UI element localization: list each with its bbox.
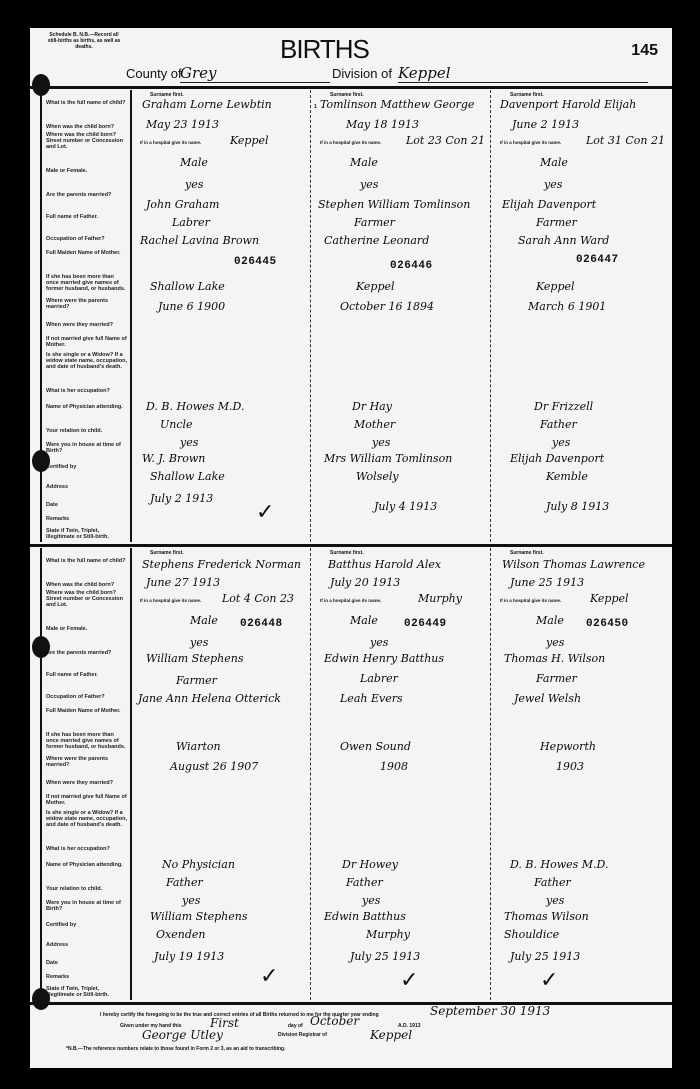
day-of-label: day of: [288, 1023, 303, 1029]
born-place: Lot 4 Con 23: [222, 592, 294, 605]
address: Shouldice: [504, 928, 559, 941]
parents-married: yes: [185, 178, 203, 191]
parents-married: yes: [370, 636, 388, 649]
label-remarks: Remarks: [46, 974, 128, 980]
checkmark-icon: ✓: [256, 500, 274, 525]
sex: Male: [350, 156, 378, 169]
certified-by: William Stephens: [150, 910, 248, 923]
label-born-place: Where was the child born? Street number …: [46, 132, 128, 150]
field-labels-column: What is the full name of child? When was…: [40, 90, 132, 542]
label-unmarried-mother: If not married give full Name of Mother.: [46, 794, 128, 806]
column-heading: Surname first.: [510, 550, 544, 556]
label-unmarried-mother: If not married give full Name of Mother.: [46, 336, 128, 348]
registrar-signature: George Utley: [142, 1028, 223, 1042]
records-block-bottom: What is the full name of child? When was…: [30, 548, 672, 1000]
married-date: 1908: [380, 760, 408, 773]
born-place: Keppel: [230, 134, 269, 147]
father-name: Thomas H. Wilson: [504, 652, 605, 665]
mother-maiden-name: Jewel Welsh: [514, 692, 581, 705]
father-name: Elijah Davenport: [502, 198, 596, 211]
label-sex: Male or Female.: [46, 168, 128, 174]
label-certified-by: Certified by: [46, 464, 128, 470]
registrar-division: Keppel: [370, 1028, 412, 1042]
label-date: Date: [46, 960, 128, 966]
registration-number: 026447: [576, 254, 619, 266]
label-born-date: When was the child born?: [46, 582, 128, 588]
born-date: May 23 1913: [146, 118, 219, 131]
married-date: 1903: [556, 760, 584, 773]
relation-to-child: Father: [346, 876, 383, 889]
father-occupation: Labrer: [360, 672, 398, 685]
child-name: Wilson Thomas Lawrence: [502, 558, 645, 571]
registrar-label: Division Registrar of: [278, 1032, 327, 1038]
born-place: Lot 31 Con 21: [586, 134, 665, 147]
father-occupation: Farmer: [176, 674, 217, 687]
label-married-date: When were they married?: [46, 780, 128, 786]
born-date: July 20 1913: [330, 576, 400, 589]
father-name: John Graham: [146, 198, 219, 211]
label-twin-status: State if Twin, Triplet, Illegitimate or …: [46, 986, 128, 998]
married-place: Owen Sound: [340, 740, 411, 753]
father-name: William Stephens: [146, 652, 244, 665]
sex: Male: [536, 614, 564, 627]
father-occupation: Labrer: [172, 216, 210, 229]
county-value: Grey: [180, 64, 330, 83]
binder-hole: [32, 636, 50, 658]
label-sex: Male or Female.: [46, 626, 128, 632]
born-date: June 2 1913: [512, 118, 579, 131]
in-house: yes: [182, 894, 200, 907]
hospital-prompt: If in a hospital give its name.: [320, 140, 381, 145]
address: Kemble: [546, 470, 588, 483]
registration-number: 026448: [240, 618, 283, 630]
label-address: Address: [46, 484, 128, 490]
parents-married: yes: [544, 178, 562, 191]
hospital-prompt: If in a hospital give its name.: [500, 598, 561, 603]
mother-maiden-name: Jane Ann Helena Otterick: [138, 692, 281, 705]
father-name: Edwin Henry Batthus: [324, 652, 444, 665]
physician: No Physician: [162, 858, 235, 871]
registration-number: 026449: [404, 618, 447, 630]
child-name: Tomlinson Matthew George: [320, 98, 474, 111]
label-married-place: Where were the parents married?: [46, 298, 128, 310]
record-entry: Surname first. Wilson Thomas Lawrence Ju…: [490, 548, 672, 1000]
parents-married: yes: [190, 636, 208, 649]
address: Oxenden: [156, 928, 205, 941]
label-mother-occupation: What is her occupation?: [46, 388, 128, 394]
married-date: March 6 1901: [528, 300, 606, 313]
certification-date: July 8 1913: [546, 500, 609, 513]
mother-maiden-name: Sarah Ann Ward: [518, 234, 609, 247]
hospital-prompt: If in a hospital give its name.: [320, 598, 381, 603]
born-date: May 18 1913: [346, 118, 419, 131]
binder-hole: [32, 988, 50, 1010]
father-occupation: Farmer: [536, 672, 577, 685]
address: Murphy: [366, 928, 410, 941]
checkmark-icon: ✓: [540, 968, 558, 993]
county-label: County of: [126, 66, 182, 81]
hospital-prompt: If in a hospital give its name.: [140, 598, 201, 603]
in-house: yes: [180, 436, 198, 449]
record-entry: Surname first. 1 Tomlinson Matthew Georg…: [310, 90, 491, 542]
married-date: June 6 1900: [158, 300, 225, 313]
label-married-date: When were they married?: [46, 322, 128, 328]
married-place: Keppel: [536, 280, 575, 293]
certified-by: W. J. Brown: [142, 452, 205, 465]
child-name: Stephens Frederick Norman: [142, 558, 301, 571]
label-mother-occupation: What is her occupation?: [46, 846, 128, 852]
label-in-house: Were you in house at time of Birth?: [46, 900, 128, 912]
mother-maiden-name: Leah Evers: [340, 692, 403, 705]
page-title: BIRTHS: [280, 34, 369, 65]
label-father-occupation: Occupation of Father?: [46, 236, 128, 242]
label-born-date: When was the child born?: [46, 124, 128, 130]
label-parents-married: Are the parents married?: [46, 650, 128, 656]
child-name: Davenport Harold Elijah: [500, 98, 636, 111]
in-house: yes: [546, 894, 564, 907]
record-entry: Surname first. Graham Lorne Lewbtin May …: [130, 90, 311, 542]
physician: D. B. Howes M.D.: [146, 400, 244, 413]
division-value: Keppel: [398, 64, 648, 83]
registration-number: 026450: [586, 618, 629, 630]
binder-hole: [32, 450, 50, 472]
born-place: Keppel: [590, 592, 629, 605]
address: Wolsely: [356, 470, 399, 483]
registration-number: 026446: [390, 260, 433, 272]
label-widow: Is she single or a Widow? If a widow sta…: [46, 352, 128, 370]
registration-number: 026445: [234, 256, 277, 268]
label-certified-by: Certified by: [46, 922, 128, 928]
records-block-top: What is the full name of child? When was…: [30, 90, 672, 542]
married-date: August 26 1907: [170, 760, 258, 773]
label-widow: Is she single or a Widow? If a widow sta…: [46, 810, 128, 828]
label-mother-maiden: Full Maiden Name of Mother.: [46, 250, 128, 256]
in-house: yes: [552, 436, 570, 449]
in-house: yes: [362, 894, 380, 907]
record-entry: Surname first. Stephens Frederick Norman…: [130, 548, 311, 1000]
relation-to-child: Uncle: [160, 418, 193, 431]
physician: Dr Frizzell: [534, 400, 593, 413]
month-value: October: [310, 1014, 359, 1028]
label-child-name: What is the full name of child?: [46, 558, 128, 564]
header-rule: [30, 86, 672, 89]
schedule-note: Schedule B. N.B.—Record all still-births…: [44, 32, 124, 50]
label-former-husbands: If she has been more than once married g…: [46, 274, 128, 292]
physician: Dr Hay: [352, 400, 392, 413]
column-heading: Surname first.: [330, 550, 364, 556]
certification-date: July 25 1913: [510, 950, 580, 963]
label-in-house: Were you in house at time of Birth?: [46, 442, 128, 454]
quarter-end-date: September 30 1913: [430, 1004, 550, 1018]
father-occupation: Farmer: [536, 216, 577, 229]
checkmark-icon: ✓: [260, 964, 278, 989]
label-address: Address: [46, 942, 128, 948]
physician: Dr Howey: [342, 858, 398, 871]
certification-date: July 25 1913: [350, 950, 420, 963]
sex: Male: [540, 156, 568, 169]
parents-married: yes: [546, 636, 564, 649]
born-date: June 25 1913: [510, 576, 584, 589]
born-place: Lot 23 Con 21: [406, 134, 485, 147]
certified-by: Mrs William Tomlinson: [324, 452, 452, 465]
label-remarks: Remarks: [46, 516, 128, 522]
label-married-place: Where were the parents married?: [46, 756, 128, 768]
column-heading: Surname first.: [150, 550, 184, 556]
label-father: Full name of Father.: [46, 214, 128, 220]
certification-date: July 2 1913: [150, 492, 213, 505]
married-place: Keppel: [356, 280, 395, 293]
label-former-husbands: If she has been more than once married g…: [46, 732, 128, 750]
in-house: yes: [372, 436, 390, 449]
division-label: Division of: [332, 66, 392, 81]
married-place: Shallow Lake: [150, 280, 225, 293]
record-entry: Surname first. Davenport Harold Elijah J…: [490, 90, 672, 542]
certification-date: July 19 1913: [154, 950, 224, 963]
label-child-name: What is the full name of child?: [46, 100, 128, 106]
label-twin-status: State if Twin, Triplet, Illegitimate or …: [46, 528, 128, 540]
label-born-place: Where was the child born? Street number …: [46, 590, 128, 608]
relation-to-child: Father: [534, 876, 571, 889]
physician: D. B. Howes M.D.: [510, 858, 608, 871]
field-labels-column: What is the full name of child? When was…: [40, 548, 132, 1000]
reference-note: *N.B.—The reference numbers relate to th…: [66, 1046, 286, 1052]
sex: Male: [180, 156, 208, 169]
certified-by: Edwin Batthus: [324, 910, 406, 923]
hospital-prompt: If in a hospital give its name.: [500, 140, 561, 145]
footer-rule: [30, 1002, 672, 1005]
father-name: Stephen William Tomlinson: [318, 198, 470, 211]
label-date: Date: [46, 502, 128, 508]
relation-to-child: Father: [166, 876, 203, 889]
certification-date: July 4 1913: [374, 500, 437, 513]
married-place: Hepworth: [540, 740, 596, 753]
label-mother-maiden: Full Maiden Name of Mother.: [46, 708, 128, 714]
parents-married: yes: [360, 178, 378, 191]
father-occupation: Farmer: [354, 216, 395, 229]
relation-to-child: Father: [540, 418, 577, 431]
block-divider: [30, 544, 672, 547]
label-relation: Your relation to child.: [46, 886, 128, 892]
child-name: Graham Lorne Lewbtin: [142, 98, 272, 111]
married-date: October 16 1894: [340, 300, 434, 313]
checkmark-icon: ✓: [400, 968, 418, 993]
child-name: Batthus Harold Alex: [328, 558, 441, 571]
label-relation: Your relation to child.: [46, 428, 128, 434]
hospital-prompt: If in a hospital give its name.: [140, 140, 201, 145]
relation-to-child: Mother: [354, 418, 395, 431]
address: Shallow Lake: [150, 470, 225, 483]
record-entry: Surname first. Batthus Harold Alex July …: [310, 548, 491, 1000]
page-number: 145: [631, 42, 658, 60]
birth-register-page: Schedule B. N.B.—Record all still-births…: [30, 28, 672, 1068]
sex: Male: [190, 614, 218, 627]
label-father: Full name of Father.: [46, 672, 128, 678]
label-father-occupation: Occupation of Father?: [46, 694, 128, 700]
certified-by: Thomas Wilson: [504, 910, 589, 923]
married-place: Wiarton: [176, 740, 221, 753]
label-parents-married: Are the parents married?: [46, 192, 128, 198]
mother-maiden-name: Catherine Leonard: [324, 234, 429, 247]
mother-maiden-name: Rachel Lavina Brown: [140, 234, 259, 247]
label-physician: Name of Physician attending.: [46, 404, 128, 410]
sex: Male: [350, 614, 378, 627]
label-physician: Name of Physician attending.: [46, 862, 128, 868]
born-place: Murphy: [418, 592, 462, 605]
born-date: June 27 1913: [146, 576, 220, 589]
certified-by: Elijah Davenport: [510, 452, 604, 465]
